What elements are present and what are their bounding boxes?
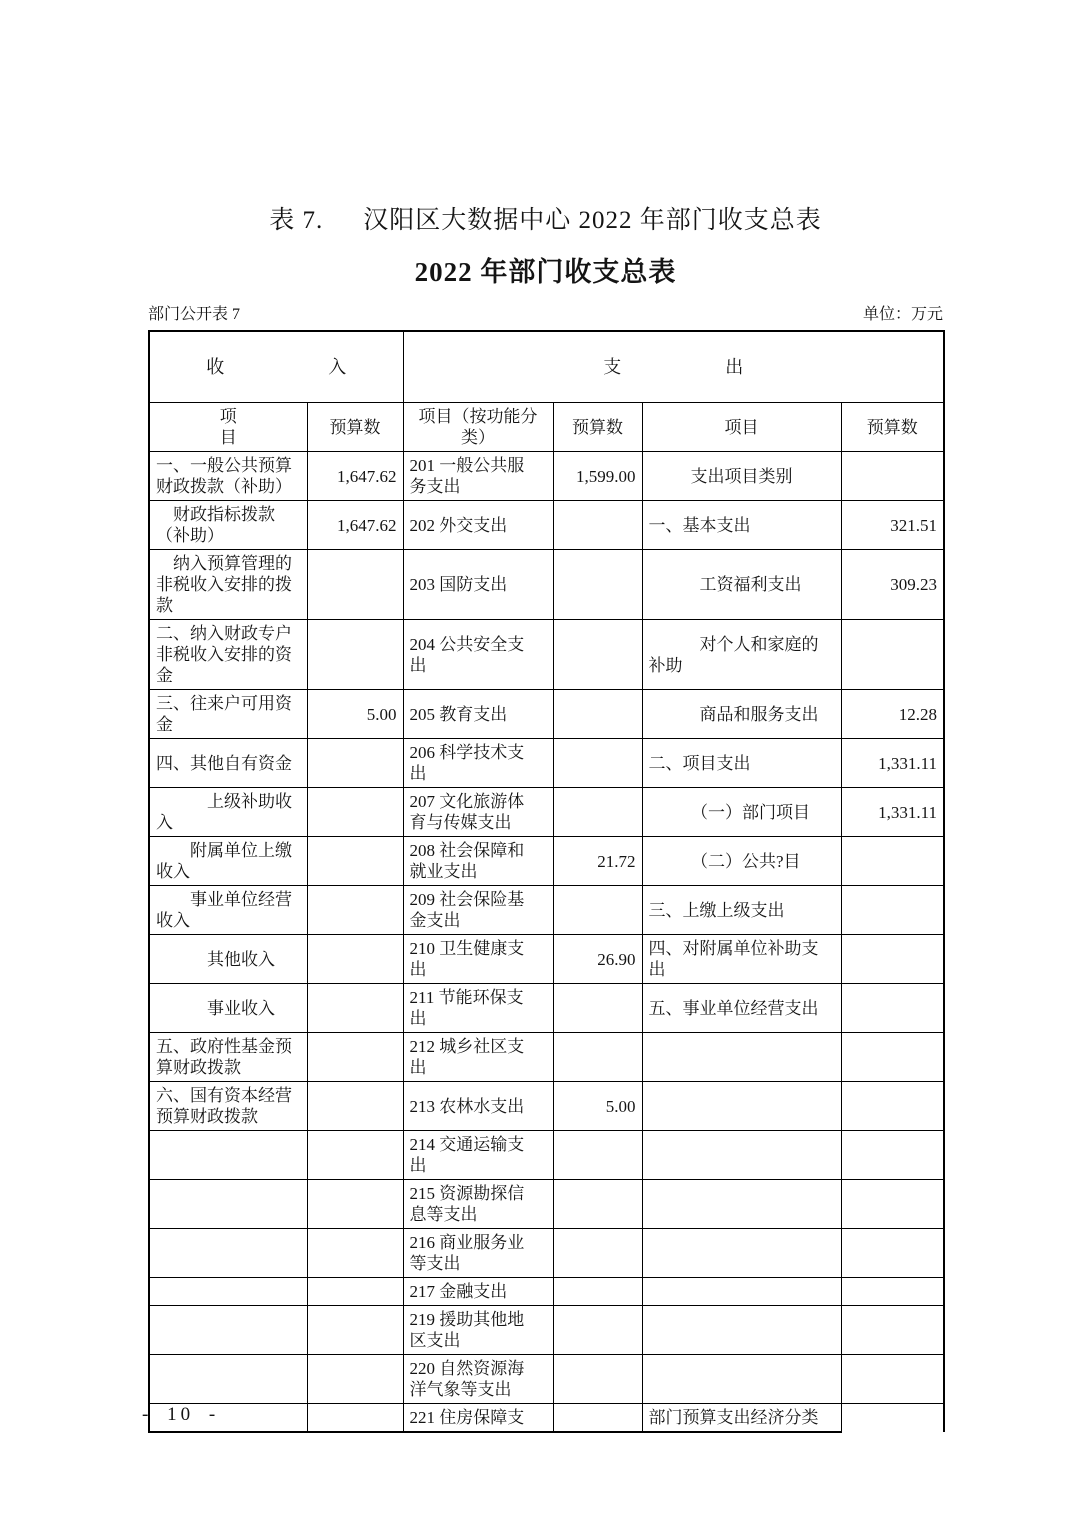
page-title-main: 汉阳区大数据中心 2022 年部门收支总表 <box>363 207 822 234</box>
income-item-cell <box>149 1355 307 1404</box>
expense-function-cell: 210 卫生健康支 出 <box>403 935 553 984</box>
table-row: 217 金融支出 <box>149 1278 944 1306</box>
income-amount-cell: 1,647.62 <box>307 501 403 550</box>
income-char-1: 收 <box>206 356 224 378</box>
expense-econ-item-cell <box>642 1180 841 1229</box>
expense-function-amount-cell: 21.72 <box>553 837 642 886</box>
income-section-label: 收入 <box>156 356 397 378</box>
expense-econ-item-cell <box>642 1306 841 1355</box>
expense-econ-amount-cell <box>841 1033 944 1082</box>
table-meta-row: 部门公开表 7 单位：万元 <box>148 301 943 324</box>
col-header-expense-function-amount: 预算数 <box>553 403 642 452</box>
expense-function-amount-cell <box>553 1278 642 1306</box>
column-header-row: 项 目 预算数 项目（按功能分 类） 预算数 项目 预算数 <box>149 403 944 452</box>
expense-econ-amount-cell <box>841 1355 944 1404</box>
income-amount-cell <box>307 1082 403 1131</box>
income-item-cell <box>149 1180 307 1229</box>
expense-econ-item-cell <box>642 1229 841 1278</box>
income-item-cell: 三、往来户可用资 金 <box>149 690 307 739</box>
expense-function-cell: 220 自然资源海 洋气象等支出 <box>403 1355 553 1404</box>
expense-econ-amount-cell <box>841 984 944 1033</box>
table-row: 纳入预算管理的 非税收入安排的拨 款 203 国防支出 工资福利支出 309.2… <box>149 550 944 620</box>
table-row: 215 资源勘探信 息等支出 <box>149 1180 944 1229</box>
income-amount-cell <box>307 1180 403 1229</box>
expense-econ-item-cell: 五、事业单位经营支出 <box>642 984 841 1033</box>
income-amount-cell <box>307 886 403 935</box>
expense-function-cell: 215 资源勘探信 息等支出 <box>403 1180 553 1229</box>
income-item-cell: 事业单位经营 收入 <box>149 886 307 935</box>
income-amount-cell <box>307 788 403 837</box>
expense-function-cell: 211 节能环保支 出 <box>403 984 553 1033</box>
expense-function-cell: 217 金融支出 <box>403 1278 553 1306</box>
expense-econ-item-cell <box>642 1082 841 1131</box>
expense-econ-amount-cell <box>841 1082 944 1131</box>
income-amount-cell <box>307 837 403 886</box>
table-row: 其他收入 210 卫生健康支 出 26.90 四、对附属单位补助支 出 <box>149 935 944 984</box>
expense-econ-item-cell <box>642 1278 841 1306</box>
income-item-cell: 纳入预算管理的 非税收入安排的拨 款 <box>149 550 307 620</box>
expense-econ-amount-cell: 309.23 <box>841 550 944 620</box>
col-header-income-amount: 预算数 <box>307 403 403 452</box>
expense-econ-item-cell <box>642 1033 841 1082</box>
expense-function-amount-cell: 26.90 <box>553 935 642 984</box>
table-row: 附属单位上缴 收入 208 社会保障和 就业支出 21.72 （二）公共?目 <box>149 837 944 886</box>
expense-function-cell: 205 教育支出 <box>403 690 553 739</box>
expense-char-1: 支 <box>603 356 621 378</box>
expense-function-cell: 201 一般公共服 务支出 <box>403 452 553 501</box>
income-item-cell: 六、国有资本经营 预算财政拨款 <box>149 1082 307 1131</box>
expense-econ-item-cell: 一、基本支出 <box>642 501 841 550</box>
income-item-cell: 财政指标拨款 （补助） <box>149 501 307 550</box>
income-amount-cell <box>307 1278 403 1306</box>
expense-section-label: 支出 <box>410 356 938 378</box>
expense-econ-item-cell: 工资福利支出 <box>642 550 841 620</box>
col-header-expense-function: 项目（按功能分 类） <box>403 403 553 452</box>
expense-econ-item-cell: （二）公共?目 <box>642 837 841 886</box>
expense-econ-amount-cell <box>841 1229 944 1278</box>
expense-function-cell: 209 社会保险基 金支出 <box>403 886 553 935</box>
expense-function-cell: 204 公共安全支 出 <box>403 620 553 690</box>
expense-function-amount-cell <box>553 1306 642 1355</box>
section-header-row: 收入 支出 <box>149 331 944 403</box>
expense-function-cell: 221 住房保障支 <box>403 1404 553 1433</box>
expense-function-amount-cell <box>553 1355 642 1404</box>
expense-econ-item-cell: 支出项目类别 <box>642 452 841 501</box>
income-item-cell: 五、政府性基金预 算财政拨款 <box>149 1033 307 1082</box>
expense-econ-amount-cell <box>841 1180 944 1229</box>
expense-econ-amount-cell <box>841 837 944 886</box>
table-row: 三、往来户可用资 金 5.00 205 教育支出 商品和服务支出 12.28 <box>149 690 944 739</box>
col-header-expense-item: 项目 <box>642 403 841 452</box>
income-item-cell <box>149 1229 307 1278</box>
expense-function-cell: 202 外交支出 <box>403 501 553 550</box>
income-item-cell: 四、其他自有资金 <box>149 739 307 788</box>
expense-econ-item-cell <box>642 1131 841 1180</box>
expense-function-amount-cell <box>553 690 642 739</box>
expense-section-header: 支出 <box>403 331 944 403</box>
expense-econ-amount-cell <box>841 452 944 501</box>
expense-econ-item-cell: 商品和服务支出 <box>642 690 841 739</box>
expense-econ-amount-cell <box>841 1131 944 1180</box>
income-amount-cell <box>307 1306 403 1355</box>
expense-function-cell: 203 国防支出 <box>403 550 553 620</box>
table-row: 五、政府性基金预 算财政拨款 212 城乡社区支 出 <box>149 1033 944 1082</box>
expense-char-2: 出 <box>725 356 743 378</box>
income-amount-cell <box>307 1229 403 1278</box>
table-row: 财政指标拨款 （补助） 1,647.62 202 外交支出 一、基本支出 321… <box>149 501 944 550</box>
expense-econ-amount-cell: 12.28 <box>841 690 944 739</box>
page-number: - 10 - <box>142 1404 219 1426</box>
expense-function-amount-cell <box>553 1404 642 1433</box>
expense-function-amount-cell <box>553 1033 642 1082</box>
col-header-expense-amount: 预算数 <box>841 403 944 452</box>
table-row: 一、一般公共预算 财政拨款（补助） 1,647.62 201 一般公共服 务支出… <box>149 452 944 501</box>
income-amount-cell <box>307 1033 403 1082</box>
income-item-cell: 其他收入 <box>149 935 307 984</box>
expense-econ-amount-cell <box>841 1404 944 1433</box>
income-item-cell: 附属单位上缴 收入 <box>149 837 307 886</box>
income-item-cell <box>149 1278 307 1306</box>
income-amount-cell: 1,647.62 <box>307 452 403 501</box>
income-item-cell: 一、一般公共预算 财政拨款（补助） <box>149 452 307 501</box>
expense-function-cell: 219 援助其他地 区支出 <box>403 1306 553 1355</box>
expense-econ-item-cell: 对个人和家庭的 补助 <box>642 620 841 690</box>
expense-econ-amount-cell <box>841 1278 944 1306</box>
expense-function-amount-cell <box>553 1180 642 1229</box>
expense-function-cell: 213 农林水支出 <box>403 1082 553 1131</box>
expense-econ-amount-cell <box>841 1306 944 1355</box>
expense-econ-amount-cell: 1,331.11 <box>841 788 944 837</box>
income-char-2: 入 <box>328 356 346 378</box>
document-page: 表 7.汉阳区大数据中心 2022 年部门收支总表 2022 年部门收支总表 部… <box>0 0 1074 1520</box>
budget-summary-table: 收入 支出 项 目 预算数 项目（按功能分 类） 预算数 项目 预算数 一、一般… <box>148 330 945 1433</box>
table-row: 216 商业服务业 等支出 <box>149 1229 944 1278</box>
income-item-cell: 上级补助收入 <box>149 788 307 837</box>
page-title: 表 7.汉阳区大数据中心 2022 年部门收支总表 <box>148 200 943 236</box>
expense-function-amount-cell <box>553 886 642 935</box>
table-row: 四、其他自有资金 206 科学技术支 出 二、项目支出 1,331.11 <box>149 739 944 788</box>
table-row: 上级补助收入 207 文化旅游体 育与传媒支出 （一）部门项目 1,331.11 <box>149 788 944 837</box>
income-amount-cell <box>307 1131 403 1180</box>
expense-function-cell: 216 商业服务业 等支出 <box>403 1229 553 1278</box>
expense-function-amount-cell <box>553 620 642 690</box>
table-row: 事业单位经营 收入 209 社会保险基 金支出 三、上缴上级支出 <box>149 886 944 935</box>
table-row: 二、纳入财政专户 非税收入安排的资 金 204 公共安全支 出 对个人和家庭的 … <box>149 620 944 690</box>
income-item-cell: 事业收入 <box>149 984 307 1033</box>
income-amount-cell: 5.00 <box>307 690 403 739</box>
page-title-prefix: 表 7. <box>269 207 323 234</box>
table-row: 六、国有资本经营 预算财政拨款 213 农林水支出 5.00 <box>149 1082 944 1131</box>
expense-function-amount-cell <box>553 501 642 550</box>
table-row: 事业收入 211 节能环保支 出 五、事业单位经营支出 <box>149 984 944 1033</box>
income-amount-cell <box>307 620 403 690</box>
expense-function-cell: 207 文化旅游体 育与传媒支出 <box>403 788 553 837</box>
expense-econ-item-cell: 部门预算支出经济分类 <box>642 1404 841 1433</box>
income-amount-cell <box>307 984 403 1033</box>
expense-econ-item-cell <box>642 1355 841 1404</box>
income-item-cell: 二、纳入财政专户 非税收入安排的资 金 <box>149 620 307 690</box>
table-label: 部门公开表 7 <box>148 301 240 324</box>
table-row: 220 自然资源海 洋气象等支出 <box>149 1355 944 1404</box>
expense-function-amount-cell <box>553 788 642 837</box>
expense-econ-item-cell: 三、上缴上级支出 <box>642 886 841 935</box>
expense-econ-item-cell: （一）部门项目 <box>642 788 841 837</box>
expense-function-cell: 206 科学技术支 出 <box>403 739 553 788</box>
expense-function-amount-cell: 5.00 <box>553 1082 642 1131</box>
expense-function-cell: 214 交通运输支 出 <box>403 1131 553 1180</box>
income-item-cell <box>149 1131 307 1180</box>
expense-econ-amount-cell <box>841 935 944 984</box>
table-title: 2022 年部门收支总表 <box>148 250 943 289</box>
table-row: 221 住房保障支 部门预算支出经济分类 <box>149 1404 944 1433</box>
expense-function-amount-cell <box>553 739 642 788</box>
expense-function-amount-cell <box>553 1131 642 1180</box>
expense-function-cell: 212 城乡社区支 出 <box>403 1033 553 1082</box>
income-amount-cell <box>307 1404 403 1433</box>
expense-econ-amount-cell <box>841 620 944 690</box>
income-amount-cell <box>307 935 403 984</box>
expense-function-amount-cell <box>553 1229 642 1278</box>
expense-function-amount-cell <box>553 984 642 1033</box>
table-row: 219 援助其他地 区支出 <box>149 1306 944 1355</box>
income-amount-cell <box>307 550 403 620</box>
expense-econ-amount-cell: 1,331.11 <box>841 739 944 788</box>
income-item-cell <box>149 1306 307 1355</box>
expense-function-amount-cell <box>553 550 642 620</box>
income-amount-cell <box>307 1355 403 1404</box>
expense-function-amount-cell: 1,599.00 <box>553 452 642 501</box>
expense-econ-item-cell: 四、对附属单位补助支 出 <box>642 935 841 984</box>
expense-econ-amount-cell: 321.51 <box>841 501 944 550</box>
col-header-income-item: 项 目 <box>149 403 307 452</box>
table-row: 214 交通运输支 出 <box>149 1131 944 1180</box>
page-content: 表 7.汉阳区大数据中心 2022 年部门收支总表 2022 年部门收支总表 部… <box>148 0 943 1433</box>
unit-label: 单位：万元 <box>863 301 943 324</box>
income-amount-cell <box>307 739 403 788</box>
expense-function-cell: 208 社会保障和 就业支出 <box>403 837 553 886</box>
income-section-header: 收入 <box>149 331 403 403</box>
expense-econ-amount-cell <box>841 886 944 935</box>
expense-econ-item-cell: 二、项目支出 <box>642 739 841 788</box>
